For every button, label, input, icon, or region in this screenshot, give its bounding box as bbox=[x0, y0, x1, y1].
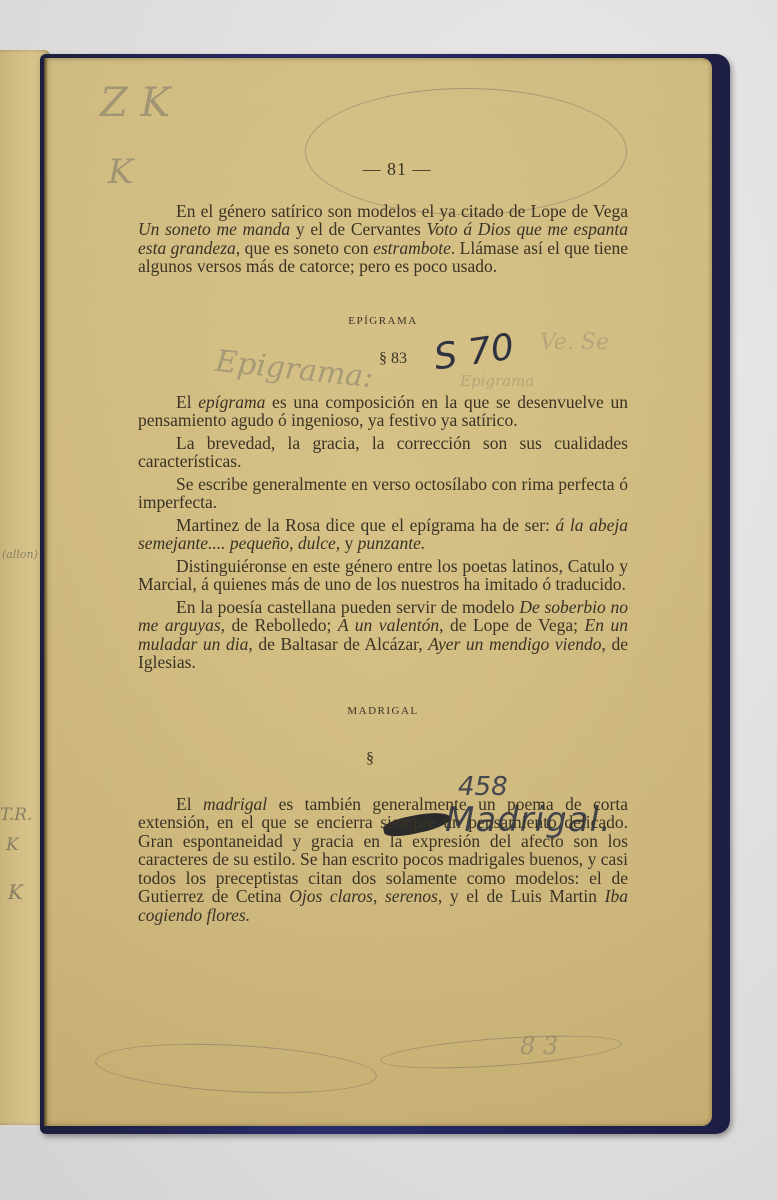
section-heading-madrigal: MADRIGAL bbox=[138, 702, 628, 721]
paragraph-epigrama-definition: El epígrama es una composición en la que… bbox=[138, 393, 628, 430]
italic-title: Ayer un mendigo viendo bbox=[428, 634, 601, 654]
section-number-madrigal: § bbox=[366, 750, 628, 769]
text-run: , de Lope de Vega; bbox=[439, 615, 584, 635]
paragraph-satirico: En el género satírico son modelos el ya … bbox=[138, 202, 628, 276]
italic-quote: punzante. bbox=[358, 533, 426, 553]
left-page-annotation: K bbox=[6, 835, 19, 855]
left-page-annotation: K bbox=[8, 880, 23, 904]
text-run: , que es soneto con bbox=[236, 238, 373, 258]
text-run: , y el de Luis Martin bbox=[438, 886, 605, 906]
paragraph-epigrama-modelos: En la poesía castellana pueden servir de… bbox=[138, 598, 628, 672]
text-run: Martinez de la Rosa dice que el epígrama… bbox=[176, 515, 556, 535]
italic-title: A un valentón bbox=[338, 615, 439, 635]
paragraph-epigrama-latinos: Distinguiéronse en este género entre los… bbox=[138, 557, 628, 594]
text-run: Se escribe generalmente en verso octosíl… bbox=[138, 474, 628, 513]
italic-term: estrambote bbox=[373, 238, 451, 258]
text-run: , de Rebolledo; bbox=[221, 615, 338, 635]
page-gutter bbox=[44, 58, 48, 1126]
text-run: , de Baltasar de Alcázar, bbox=[248, 634, 428, 654]
italic-title: Un soneto me manda bbox=[138, 219, 290, 239]
text-run: El bbox=[176, 794, 203, 814]
text-run: Distinguiéronse en este género entre los… bbox=[138, 556, 628, 595]
italic-term: madrigal bbox=[203, 794, 267, 814]
text-run: En la poesía castellana pueden servir de… bbox=[176, 597, 519, 617]
italic-term: epígrama bbox=[198, 392, 265, 412]
paragraph-epigrama-martinez: Martinez de la Rosa dice que el epígrama… bbox=[138, 516, 628, 553]
text-run: La brevedad, la gracia, la corrección so… bbox=[138, 433, 628, 472]
paragraph-madrigal: El madrigal es también generalmente un p… bbox=[138, 795, 628, 925]
text-run: El bbox=[176, 392, 198, 412]
left-page-annotation: T.R. bbox=[0, 805, 32, 825]
page-text: — 81 — En el género satírico son modelos… bbox=[138, 160, 628, 928]
text-run: En el género satírico son modelos el ya … bbox=[176, 201, 628, 221]
page-number: — 81 — bbox=[166, 160, 628, 179]
paragraph-epigrama-verse: Se escribe generalmente en verso octosíl… bbox=[138, 475, 628, 512]
section-heading-epigrama: EPÍGRAMA bbox=[138, 312, 628, 331]
photo-scene: (allon) T.R. K K Z K K Epigrama: Epigram… bbox=[0, 0, 777, 1200]
left-page-annotation: (allon) bbox=[2, 548, 38, 561]
paragraph-epigrama-qualities: La brevedad, la gracia, la corrección so… bbox=[138, 434, 628, 471]
text-run: y el de Cervantes bbox=[290, 219, 426, 239]
italic-title: Ojos claros, serenos bbox=[289, 886, 438, 906]
section-number-83: § 83 bbox=[158, 350, 628, 369]
text-run: y bbox=[340, 533, 358, 553]
